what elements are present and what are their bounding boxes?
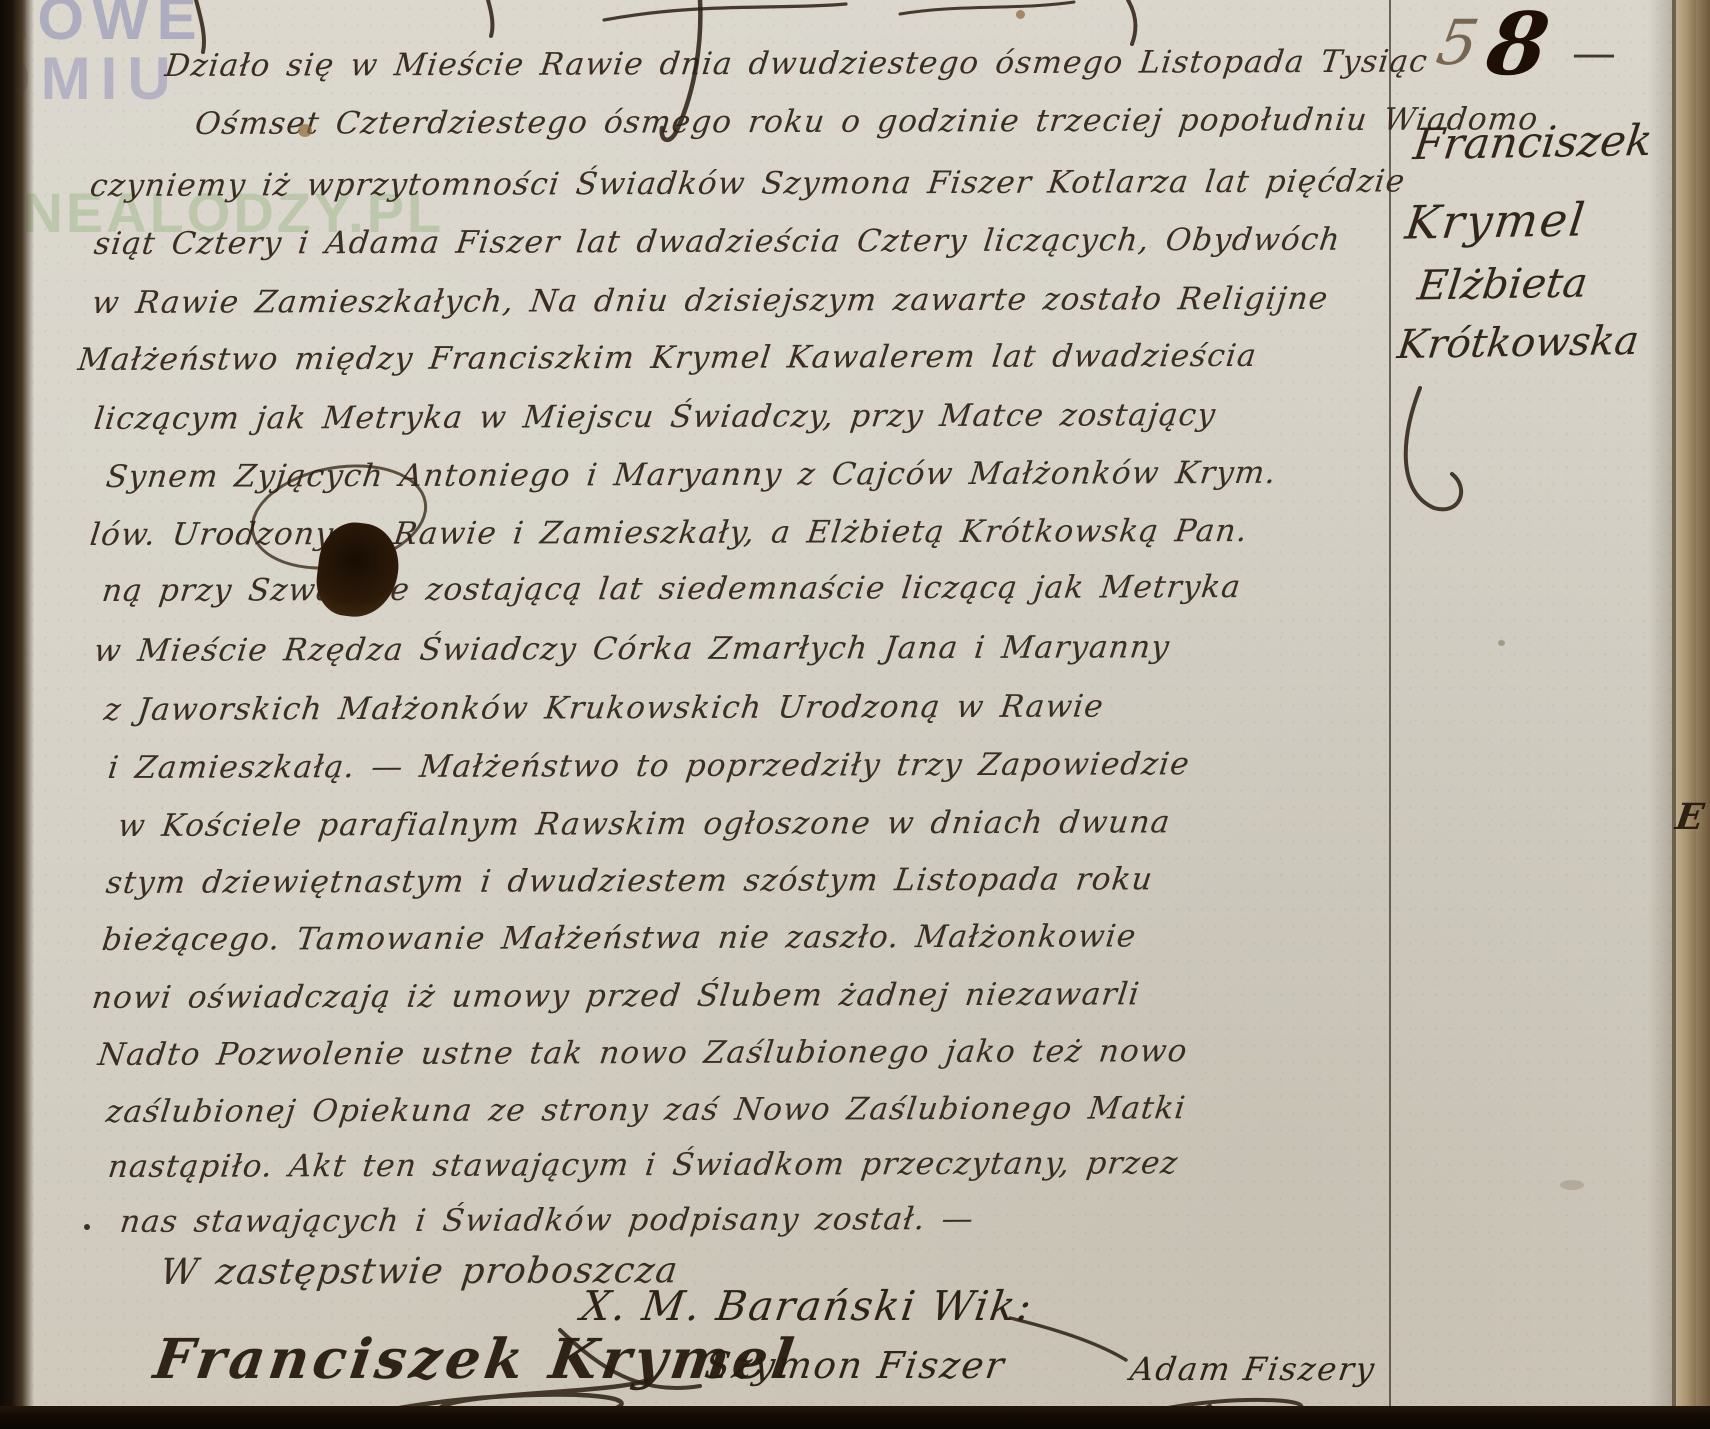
body-line: nas stawających i Świadków podpisany zos… (118, 1201, 976, 1240)
body-line: bieżącego. Tamowanie Małżeństwa nie zasz… (100, 918, 1139, 958)
margin-name-groom-first: Franciszek (1411, 116, 1655, 170)
margin-name-groom-last: Krymel (1402, 192, 1589, 249)
body-line: w Kościele parafialnym Rawskim ogłoszone… (116, 804, 1173, 844)
body-line: Nadto Pozwolenie ustne tak nowo Zaślubio… (96, 1033, 1190, 1073)
binding-edge (0, 0, 34, 1429)
body-line: Ośmset Czterdziestego ósmego roku o godz… (193, 101, 1541, 142)
margin-name-bride-first: Elżbieta (1415, 259, 1590, 310)
page-edge-shadow (1648, 0, 1672, 1406)
witness-signature-1: Szymon Fiszer (702, 1344, 1008, 1387)
ink-dot (84, 1224, 90, 1230)
body-line: czyniemy iż wprzytomności Świadków Szymo… (88, 163, 1408, 204)
paper-speck (1498, 640, 1505, 646)
body-line: ną przy Szwagrze zostającą lat siedemnaś… (100, 569, 1243, 609)
photo-bottom-edge (0, 1406, 1710, 1429)
body-line: zaślubionej Opiekuna ze strony zaś Nowo … (104, 1090, 1188, 1130)
margin-rule-line (1389, 0, 1391, 1406)
paper-speck (1016, 10, 1025, 19)
body-line: w Mieście Rzędza Świadczy Córka Zmarłych… (92, 629, 1172, 669)
body-line: liczącym jak Metryka w Miejscu Świadczy,… (92, 397, 1218, 437)
scanned-register-page: NOWE OMIU ENEALODZY.PL Działo się w Mieś… (0, 0, 1710, 1429)
priest-signature: X. M. Barański Wik: (578, 1282, 1036, 1330)
body-line: siąt Cztery i Adama Fiszer lat dwadzieśc… (92, 222, 1343, 262)
body-line: nowi oświadczają iż umowy przed Ślubem ż… (90, 976, 1142, 1016)
body-line: Małżeństwo między Franciszkim Krymel Kaw… (76, 338, 1259, 378)
record-number-dash: — (1572, 28, 1616, 79)
page-edge-band-outer (1696, 0, 1710, 1406)
paper-smudge (1560, 1180, 1584, 1190)
body-line: w Rawie Zamieszkałych, Na dniu dzisiejsz… (90, 281, 1331, 321)
margin-name-bride-last: Krótkowska (1395, 318, 1642, 368)
record-number-light: 5 (1432, 6, 1484, 79)
body-line: nastąpiło. Akt ten stawającym i Świadkom… (106, 1145, 1180, 1185)
page-edge-band (1676, 0, 1696, 1406)
body-line: stym dziewiętnastym i dwudziestem szósty… (104, 861, 1155, 901)
record-number: 8 (1481, 0, 1555, 95)
witness-signature-2: Adam Fiszery (1128, 1350, 1379, 1388)
body-line: Działo się w Mieście Rawie dnia dwudzies… (163, 44, 1430, 84)
body-line: i Zamieszkałą. — Małżeństwo to poprzedzi… (106, 746, 1192, 786)
paper-speck (298, 124, 312, 137)
body-line: z Jaworskich Małżonków Krukowskich Urodz… (102, 689, 1106, 728)
